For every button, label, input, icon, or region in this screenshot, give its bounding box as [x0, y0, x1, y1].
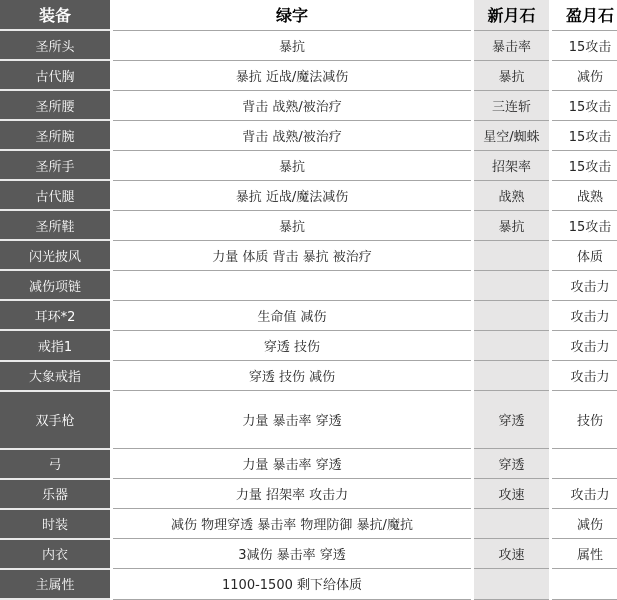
table-row: 大象戒指穿透 技伤 减伤攻击力	[0, 361, 617, 391]
table-row: 主属性1100-1500 剩下给体质	[0, 569, 617, 599]
equipment-cell: 耳环*2	[0, 300, 112, 330]
column-header-equipment: 装备	[0, 0, 112, 30]
table-row: 圣所鞋暴抗暴抗15攻击	[0, 210, 617, 240]
equipment-cell: 戒指1	[0, 330, 112, 360]
equipment-cell: 圣所手	[0, 150, 112, 180]
table-row: 弓力量 暴击率 穿透穿透	[0, 449, 617, 479]
green-stat-cell: 力量 招架率 攻击力	[112, 479, 473, 509]
green-stat-cell: 减伤 物理穿透 暴击率 物理防御 暴抗/魔抗	[112, 509, 473, 539]
green-stat-cell: 暴抗	[112, 30, 473, 60]
equipment-cell: 乐器	[0, 479, 112, 509]
crescent-stone-cell: 攻速	[473, 479, 551, 509]
green-stat-cell: 背击 战熟/被治疗	[112, 90, 473, 120]
crescent-stone-cell: 攻速	[473, 539, 551, 569]
table-row: 古代胸暴抗 近战/魔法减伤暴抗减伤	[0, 60, 617, 90]
fullmoon-stone-cell: 攻击力	[551, 270, 617, 300]
fullmoon-stone-cell: 15攻击	[551, 210, 617, 240]
green-stat-cell: 生命值 减伤	[112, 300, 473, 330]
equipment-cell: 主属性	[0, 569, 112, 599]
green-stat-cell: 3减伤 暴击率 穿透	[112, 539, 473, 569]
crescent-stone-cell	[473, 569, 551, 599]
fullmoon-stone-cell: 属性	[551, 539, 617, 569]
fullmoon-stone-cell: 战熟	[551, 180, 617, 210]
table-row: 耳环*2生命值 减伤攻击力	[0, 300, 617, 330]
crescent-stone-cell	[473, 270, 551, 300]
fullmoon-stone-cell: 攻击力	[551, 300, 617, 330]
equipment-cell: 古代腿	[0, 180, 112, 210]
equipment-cell: 内衣	[0, 539, 112, 569]
fullmoon-stone-cell: 15攻击	[551, 30, 617, 60]
fullmoon-stone-cell	[551, 569, 617, 599]
fullmoon-stone-cell: 体质	[551, 240, 617, 270]
green-stat-cell: 暴抗 近战/魔法减伤	[112, 60, 473, 90]
fullmoon-stone-cell	[551, 449, 617, 479]
crescent-stone-cell: 暴抗	[473, 210, 551, 240]
table-row: 双手枪力量 暴击率 穿透穿透技伤	[0, 391, 617, 449]
equipment-cell: 圣所鞋	[0, 210, 112, 240]
crescent-stone-cell	[473, 509, 551, 539]
table-row: 圣所腰背击 战熟/被治疗三连斩15攻击	[0, 90, 617, 120]
table-row: 减伤项链攻击力	[0, 270, 617, 300]
equipment-cell: 闪光披风	[0, 240, 112, 270]
crescent-stone-cell: 招架率	[473, 150, 551, 180]
table-body: 圣所头暴抗暴击率15攻击古代胸暴抗 近战/魔法减伤暴抗减伤圣所腰背击 战熟/被治…	[0, 30, 617, 599]
fullmoon-stone-cell: 减伤	[551, 60, 617, 90]
equipment-cell: 时装	[0, 509, 112, 539]
table-row: 乐器力量 招架率 攻击力攻速攻击力	[0, 479, 617, 509]
equipment-cell: 古代胸	[0, 60, 112, 90]
table-row: 闪光披风力量 体质 背击 暴抗 被治疗体质	[0, 240, 617, 270]
equipment-stat-table: 装备 绿字 新月石 盈月石 圣所头暴抗暴击率15攻击古代胸暴抗 近战/魔法减伤暴…	[0, 0, 617, 600]
equipment-cell: 双手枪	[0, 391, 112, 449]
crescent-stone-cell: 暴抗	[473, 60, 551, 90]
equipment-cell: 大象戒指	[0, 361, 112, 391]
column-header-fullmoon-stone: 盈月石	[551, 0, 617, 30]
fullmoon-stone-cell: 攻击力	[551, 330, 617, 360]
green-stat-cell: 1100-1500 剩下给体质	[112, 569, 473, 599]
fullmoon-stone-cell: 15攻击	[551, 120, 617, 150]
table-row: 戒指1穿透 技伤攻击力	[0, 330, 617, 360]
fullmoon-stone-cell: 攻击力	[551, 479, 617, 509]
equipment-cell: 圣所头	[0, 30, 112, 60]
green-stat-cell: 暴抗	[112, 210, 473, 240]
table-header: 装备 绿字 新月石 盈月石	[0, 0, 617, 30]
table-row: 时装减伤 物理穿透 暴击率 物理防御 暴抗/魔抗减伤	[0, 509, 617, 539]
fullmoon-stone-cell: 技伤	[551, 391, 617, 449]
equipment-cell: 圣所腕	[0, 120, 112, 150]
crescent-stone-cell: 战熟	[473, 180, 551, 210]
crescent-stone-cell: 暴击率	[473, 30, 551, 60]
green-stat-cell: 力量 暴击率 穿透	[112, 449, 473, 479]
fullmoon-stone-cell: 15攻击	[551, 90, 617, 120]
crescent-stone-cell: 三连斩	[473, 90, 551, 120]
table-row: 古代腿暴抗 近战/魔法减伤战熟战熟	[0, 180, 617, 210]
green-stat-cell: 暴抗	[112, 150, 473, 180]
green-stat-cell: 穿透 技伤 减伤	[112, 361, 473, 391]
crescent-stone-cell	[473, 300, 551, 330]
crescent-stone-cell: 星空/蜘蛛	[473, 120, 551, 150]
equipment-cell: 弓	[0, 449, 112, 479]
crescent-stone-cell	[473, 361, 551, 391]
fullmoon-stone-cell: 攻击力	[551, 361, 617, 391]
table-row: 圣所手暴抗招架率15攻击	[0, 150, 617, 180]
green-stat-cell: 力量 暴击率 穿透	[112, 391, 473, 449]
header-row: 装备 绿字 新月石 盈月石	[0, 0, 617, 30]
crescent-stone-cell	[473, 330, 551, 360]
green-stat-cell: 力量 体质 背击 暴抗 被治疗	[112, 240, 473, 270]
column-header-green-stat: 绿字	[112, 0, 473, 30]
fullmoon-stone-cell: 15攻击	[551, 150, 617, 180]
green-stat-cell	[112, 270, 473, 300]
fullmoon-stone-cell: 减伤	[551, 509, 617, 539]
table-row: 内衣3减伤 暴击率 穿透攻速属性	[0, 539, 617, 569]
column-header-crescent-stone: 新月石	[473, 0, 551, 30]
green-stat-cell: 穿透 技伤	[112, 330, 473, 360]
table-row: 圣所腕背击 战熟/被治疗星空/蜘蛛15攻击	[0, 120, 617, 150]
equipment-cell: 圣所腰	[0, 90, 112, 120]
equipment-cell: 减伤项链	[0, 270, 112, 300]
green-stat-cell: 背击 战熟/被治疗	[112, 120, 473, 150]
table-row: 圣所头暴抗暴击率15攻击	[0, 30, 617, 60]
crescent-stone-cell	[473, 240, 551, 270]
crescent-stone-cell: 穿透	[473, 391, 551, 449]
green-stat-cell: 暴抗 近战/魔法减伤	[112, 180, 473, 210]
crescent-stone-cell: 穿透	[473, 449, 551, 479]
